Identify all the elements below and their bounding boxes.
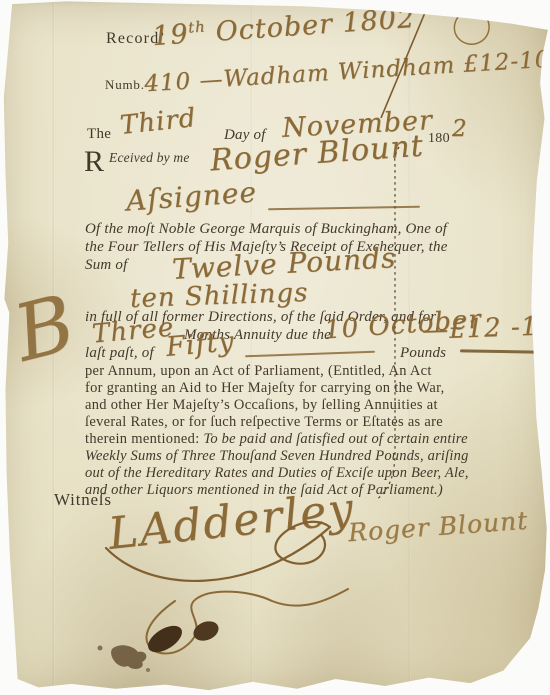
pounds-label: Pounds <box>400 346 446 361</box>
bottom-flourish-stroke <box>147 589 348 653</box>
received-initial: R <box>84 147 104 177</box>
body-act-line: for granting an Aid to Her Majeſty for c… <box>85 381 445 396</box>
body-closing-line: out of the Hereditary Rates and Duties o… <box>85 466 469 481</box>
payee-role-handwritten: Aſsignee <box>125 178 258 215</box>
record-date-handwritten: 19th October 1802 <box>151 5 416 50</box>
assignee-dash-stroke <box>268 206 420 210</box>
record-day-suffix: th <box>188 17 207 36</box>
witness-label: Witneſs <box>54 491 112 508</box>
therein-roman-text: therein mentioned: <box>85 431 203 447</box>
body-therein-line: therein mentioned: To be paid and ſatisf… <box>85 432 468 447</box>
body-act-line: per Annum, upon an Act of Parliament, (E… <box>85 364 432 379</box>
body-act-line: and other Her Majeſty’s Occaſions, by ſe… <box>85 398 438 413</box>
record-month-year: October 1802 <box>205 3 416 49</box>
received-label: Eceived by me <box>109 151 190 165</box>
ink-spatter <box>111 645 146 669</box>
ink-spatter-dot <box>146 668 150 672</box>
number-value-handwritten: 410 —Wadham Windham £12-10 — <box>144 47 550 97</box>
body-closing-line: Weekly Sums of Three Thouſand Seven Hund… <box>85 449 469 464</box>
body-act-line: ſeveral Rates, or for ſuch reſpective Te… <box>85 415 443 430</box>
last-past-label: laſt paſt, of <box>85 346 154 361</box>
months-value-handwritten: Three <box>91 314 175 347</box>
rate-dash-stroke <box>245 351 375 358</box>
day-value-handwritten: Third <box>119 105 198 139</box>
margin-amount-handwritten: —£12 -10— <box>422 312 550 344</box>
corner-loop-stroke <box>454 9 489 44</box>
record-day: 19 <box>151 19 189 52</box>
margin-amount-underline <box>460 349 540 353</box>
ink-blot <box>191 618 222 644</box>
therein-italic-text: To be paid and ſatisfied out of certain … <box>203 431 467 447</box>
body-intro-line: Of the moſt Noble George Marquis of Buck… <box>85 222 447 237</box>
sum-words-line2-handwritten: ten Shillings <box>130 280 309 312</box>
scanned-receipt-document: Record’ 19th October 1802 Numb. 410 —Wad… <box>0 0 550 695</box>
rate-value-handwritten: Fifty <box>165 328 236 361</box>
margin-examiner-mark-handwritten: B <box>7 284 82 374</box>
number-label: Numb. <box>105 78 145 91</box>
paper-sheet: Record’ 19th October 1802 Numb. 410 —Wad… <box>0 0 550 695</box>
ink-flourishes-layer <box>0 0 550 695</box>
body-intro-line: Sum of <box>85 258 127 273</box>
ink-spatter-dot <box>98 646 103 651</box>
payee-signature-handwritten: Roger Blount <box>347 508 529 546</box>
year-printed: 180 <box>428 132 450 146</box>
the-label: The <box>87 127 111 142</box>
paper-crease <box>250 0 253 695</box>
year-written-handwritten: 2 <box>452 118 468 141</box>
ink-blot <box>144 620 187 657</box>
